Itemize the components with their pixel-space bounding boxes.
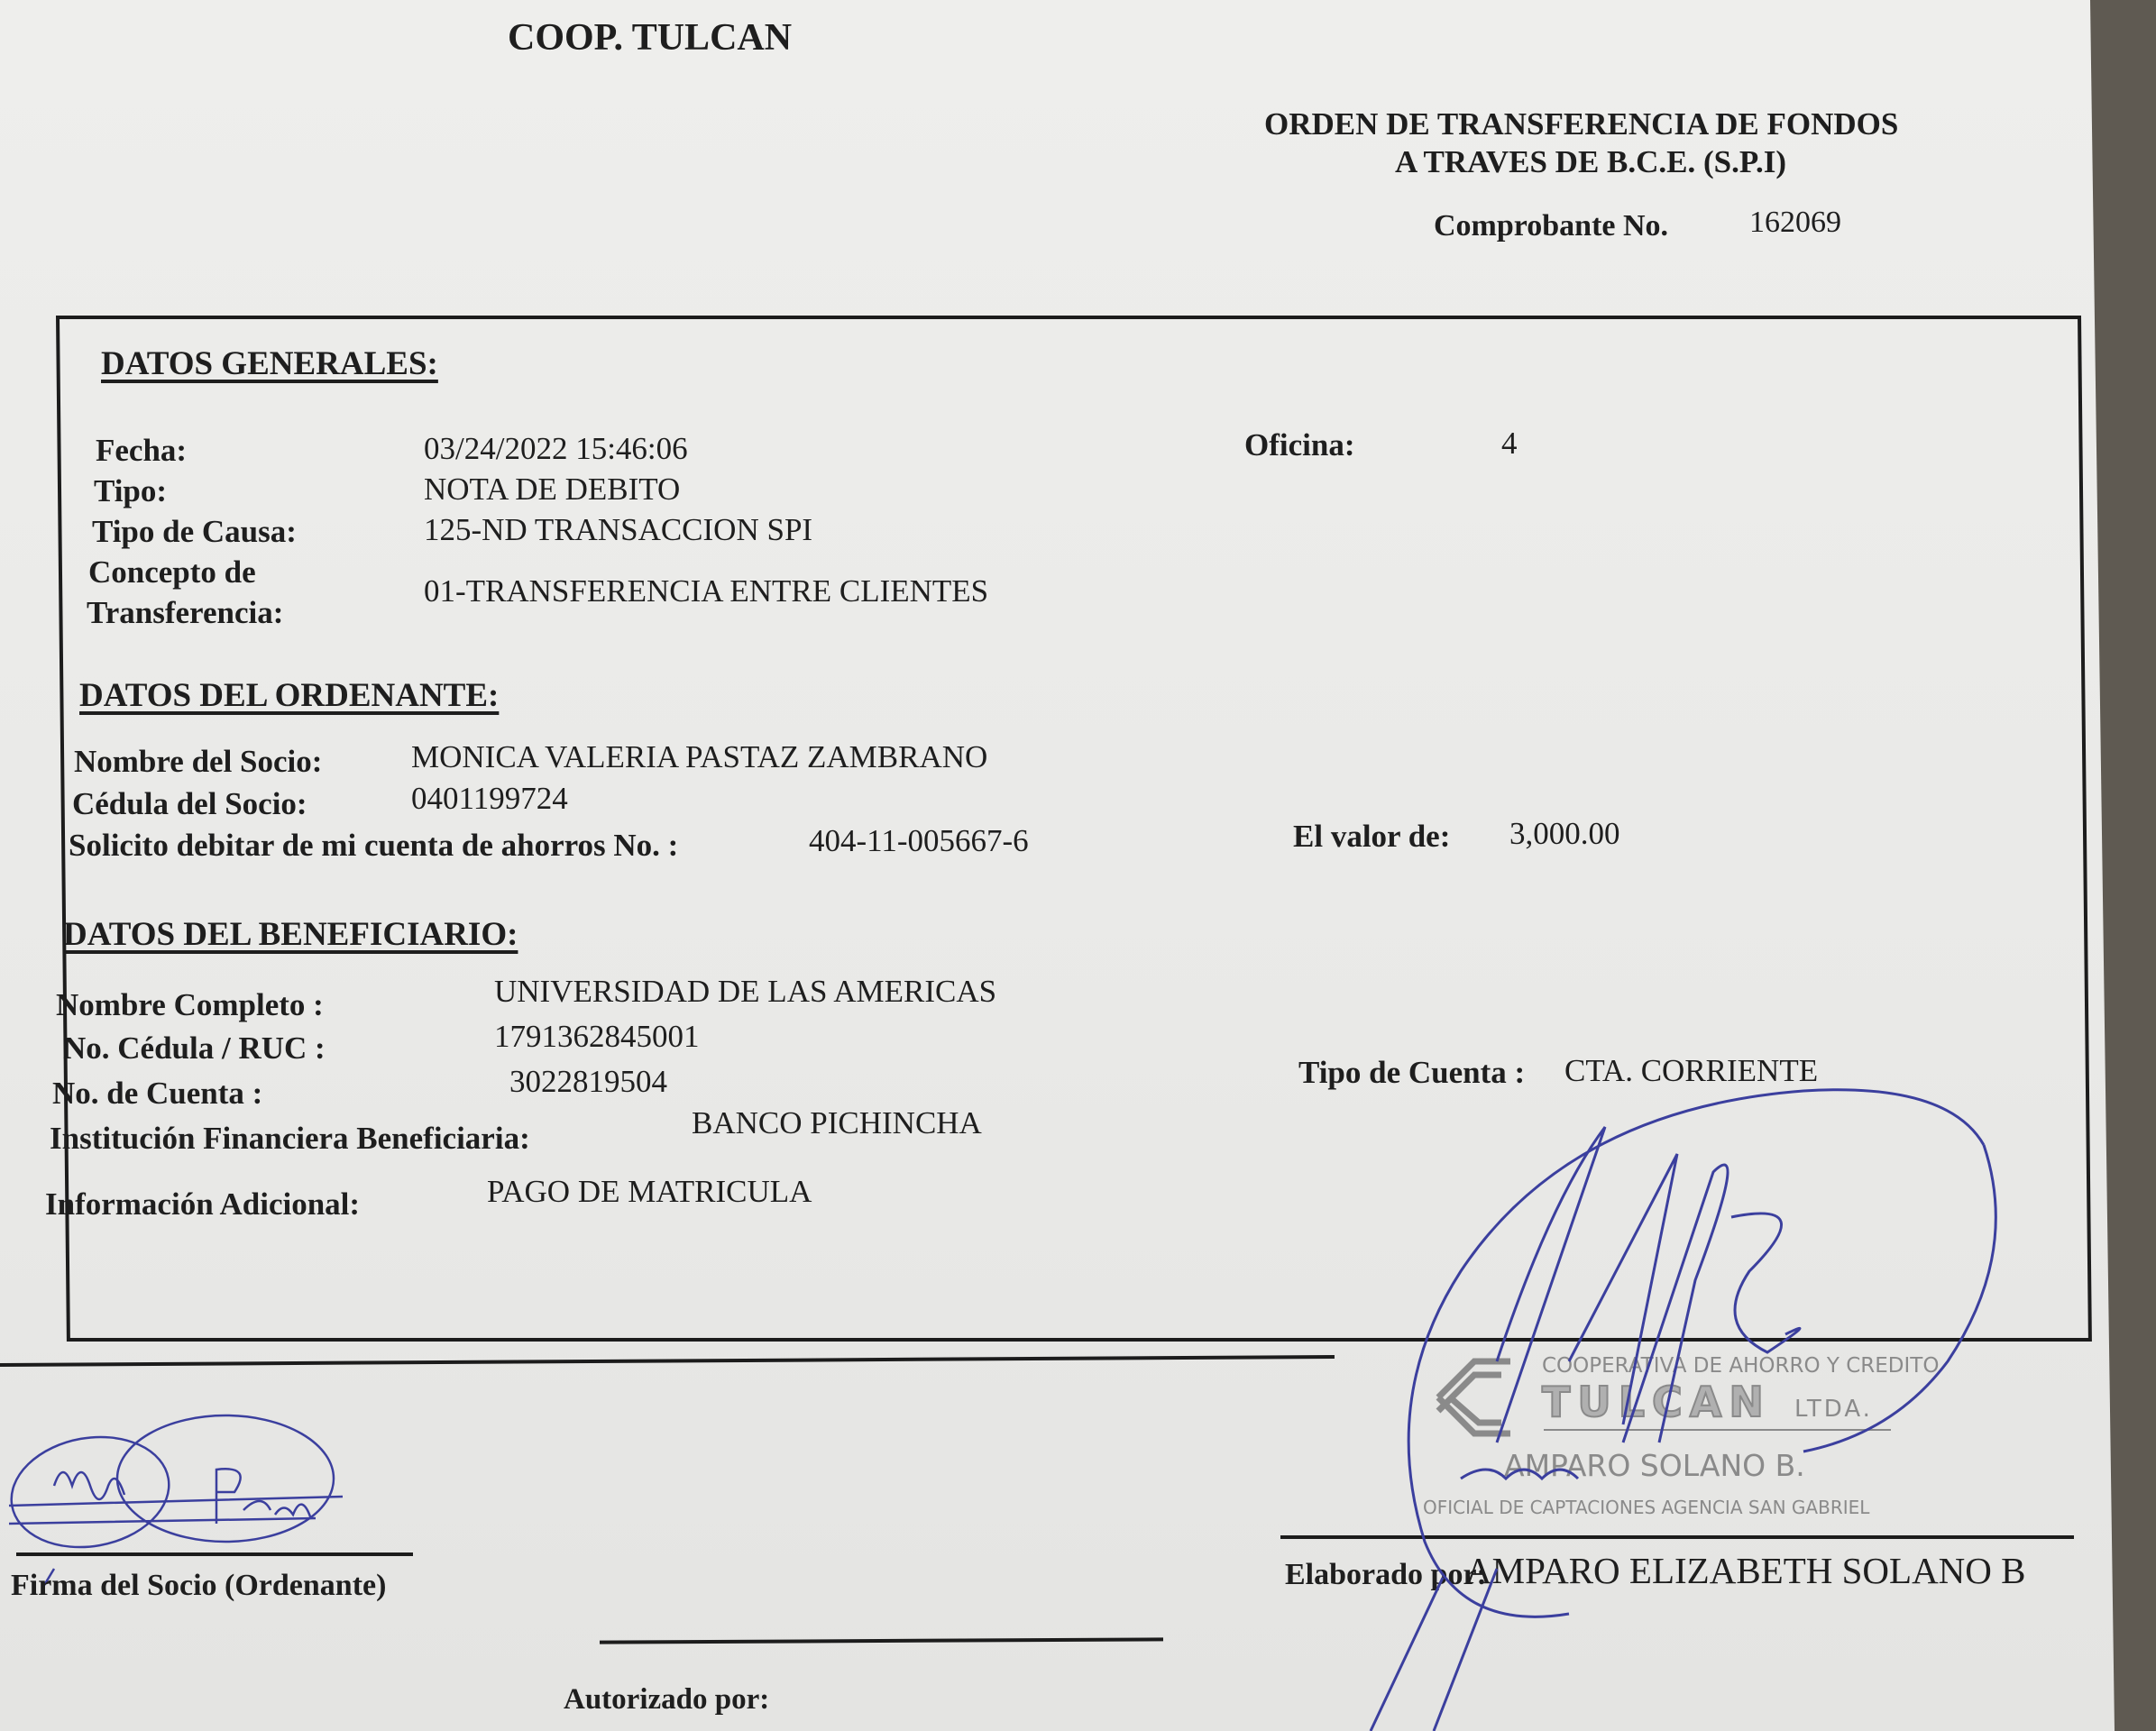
beneficiary-bank-value: BANCO PICHINCHA (692, 1105, 982, 1141)
receipt-number-label: Comprobante No. (1434, 209, 1668, 243)
cause-value: 125-ND TRANSACCION SPI (424, 512, 812, 548)
debit-account-label: Solicito debitar de mi cuenta de ahorros… (69, 828, 678, 864)
additional-info-label: Información Adicional: (45, 1186, 360, 1223)
receipt-number: 162069 (1749, 206, 1841, 240)
section-title-general: DATOS GENERALES: (101, 344, 438, 383)
member-id-label: Cédula del Socio: (72, 786, 307, 822)
beneficiary-ruc-label: No. Cédula / RUC : (63, 1030, 326, 1067)
beneficiary-ruc-value: 1791362845001 (494, 1019, 700, 1055)
concept-label-line1: Concepto de (88, 554, 256, 591)
concept-label-line2: Transferencia: (87, 595, 283, 631)
amount-value: 3,000.00 (1509, 816, 1620, 852)
document-title-line1: ORDEN DE TRANSFERENCIA DE FONDOS (1264, 106, 1898, 142)
beneficiary-account-label: No. de Cuenta : (52, 1076, 262, 1112)
member-name-value: MONICA VALERIA PASTAZ ZAMBRANO (411, 739, 987, 775)
date-label: Fecha: (96, 433, 187, 469)
member-signature-icon (0, 1406, 379, 1587)
office-label: Oficina: (1244, 427, 1354, 463)
concept-value: 01-TRANSFERENCIA ENTRE CLIENTES (424, 573, 988, 609)
officer-signature-icon (1353, 1064, 2002, 1731)
date-value: 03/24/2022 15:46:06 (424, 431, 688, 467)
transfer-order-document: COOP. TULCAN ORDEN DE TRANSFERENCIA DE F… (0, 0, 2115, 1731)
document-title-line2: A TRAVES DE B.C.E. (S.P.I) (1395, 144, 1786, 180)
institution-name: COOP. TULCAN (508, 16, 792, 60)
member-signature-line (16, 1552, 413, 1556)
section-title-beneficiary: DATOS DEL BENEFICIARIO: (63, 915, 518, 954)
beneficiary-account-value: 3022819504 (509, 1064, 667, 1100)
cause-label: Tipo de Causa: (92, 514, 297, 550)
office-value: 4 (1501, 426, 1518, 462)
authorized-label: Autorizado por: (564, 1683, 769, 1717)
section-title-ordering-party: DATOS DEL ORDENANTE: (79, 676, 499, 715)
member-id-value: 0401199724 (411, 781, 568, 817)
beneficiary-name-value: UNIVERSIDAD DE LAS AMERICAS (494, 974, 996, 1010)
type-value: NOTA DE DEBITO (424, 472, 680, 508)
amount-label: El valor de: (1293, 819, 1450, 855)
type-label: Tipo: (94, 473, 167, 509)
beneficiary-bank-label: Institución Financiera Beneficiaria: (50, 1121, 530, 1157)
authorized-signature-line (600, 1637, 1163, 1644)
beneficiary-name-label: Nombre Completo : (56, 987, 324, 1023)
member-signature-label: Firma del Socio (Ordenante) (11, 1569, 386, 1603)
member-name-label: Nombre del Socio: (74, 744, 322, 780)
box-bottom-line (0, 1355, 1335, 1367)
additional-info-value: PAGO DE MATRICULA (487, 1174, 812, 1210)
debit-account-value: 404-11-005667-6 (809, 823, 1029, 859)
